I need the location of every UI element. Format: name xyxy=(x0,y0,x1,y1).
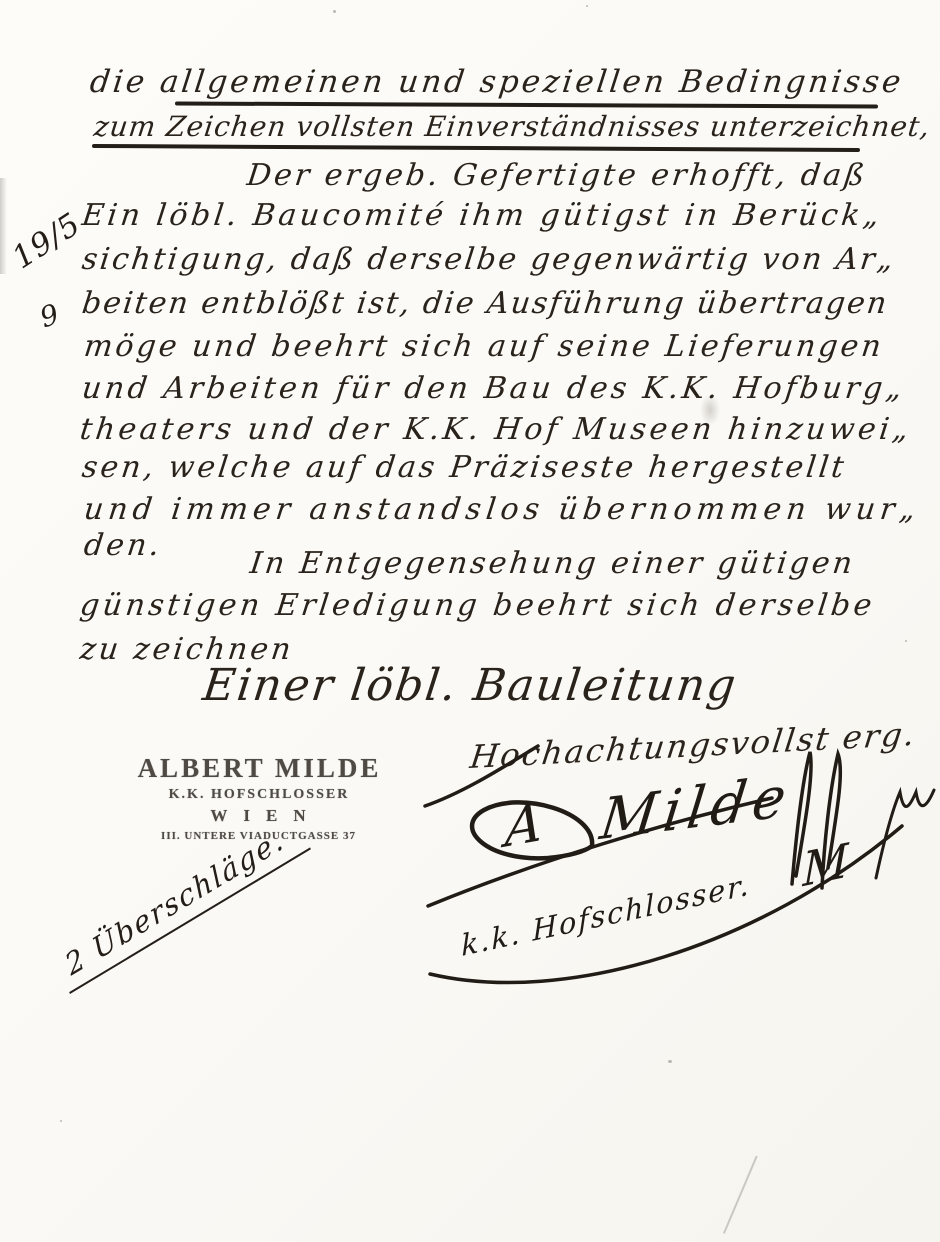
letter-salutation-line: Einer löbl. Bauleitung xyxy=(200,660,740,711)
letter-line-13: In Entgegensehung einer gütigen xyxy=(248,546,857,581)
signature-title-line: k.k. Hofschlosser. xyxy=(461,867,751,963)
stamp-city: WIEN xyxy=(133,806,383,826)
letter-line-02: zum Zeichen vollsten Einverständnisses u… xyxy=(92,110,932,143)
paper-speck xyxy=(333,10,336,13)
stamp-title: K.K. HOFSCHLOSSER xyxy=(133,787,383,803)
letter-line-09: theaters und der K.K. Hof Museen hinzuwe… xyxy=(78,412,914,447)
letter-line-03: Der ergeb. Gefertigte erhofft, daß xyxy=(245,158,869,193)
letter-line-14: günstigen Erledigung beehrt sich derselb… xyxy=(78,588,877,623)
letter-line-07: möge und beehrt sich auf seine Lieferung… xyxy=(82,329,886,364)
letter-line-01: die allgemeinen und speziellen Bedingnis… xyxy=(88,64,906,100)
letter-line-04: Ein löbl. Baucomité ihm gütigst in Berüc… xyxy=(80,198,884,233)
letter-line-12: den. xyxy=(82,528,164,563)
underline-stroke-2 xyxy=(92,144,860,152)
paper-speck xyxy=(60,1120,62,1122)
signature-surname: Milde xyxy=(597,764,796,854)
signature-right-scribble xyxy=(876,790,934,878)
letter-line-05: sichtigung, daß derselbe gegenwärtig von… xyxy=(80,242,897,277)
scanned-letter-page: 19/5 9 die allgemeinen und speziellen Be… xyxy=(0,0,940,1242)
closing-phrase: Hochachtungsvollst erg. xyxy=(468,715,919,776)
signature-initial: A xyxy=(504,792,543,860)
letter-line-06: beiten entblößt ist, die Ausführung über… xyxy=(80,286,890,321)
paper-speck xyxy=(668,1060,672,1063)
margin-figure: 9 xyxy=(36,291,84,335)
signature-flourish-m: M xyxy=(803,832,849,897)
underline-stroke-1 xyxy=(175,101,878,108)
margin-date: 19/5 xyxy=(6,206,87,276)
paper-speck xyxy=(905,640,907,642)
letter-line-11: und immer anstandslos übernommen wur„ xyxy=(82,492,922,527)
letter-line-08: und Arbeiten für den Bau des K.K. Hofbur… xyxy=(80,371,907,406)
letter-line-10: sen, welche auf das Präziseste hergestel… xyxy=(80,450,849,485)
scan-scratch-mark xyxy=(723,1156,757,1234)
margin-date-note: 19/5 9 xyxy=(6,246,80,329)
stamp-name: ALBERT MILDE xyxy=(133,753,383,784)
rubber-stamp: ALBERT MILDE K.K. HOFSCHLOSSER WIEN III.… xyxy=(133,753,383,842)
paper-speck xyxy=(586,5,588,7)
